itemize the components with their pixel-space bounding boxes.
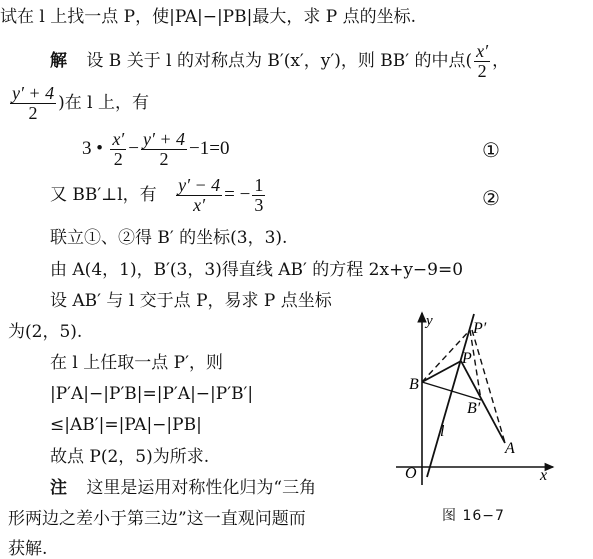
label-l: l [440, 423, 445, 440]
segment-PprimeA [472, 330, 505, 443]
label-A: A [504, 440, 515, 457]
label-P: P [461, 350, 472, 367]
figure-caption: 图 16−7 [442, 505, 505, 525]
segment-BBprime [422, 382, 481, 400]
label-origin: O [405, 465, 417, 482]
label-B: B [409, 376, 419, 393]
label-Pprime: P′ [472, 320, 487, 337]
label-Bprime: B′ [467, 400, 481, 417]
label-y: y [424, 313, 433, 329]
geometry-figure: y P′ P B B′ A l O x [0, 0, 593, 559]
label-x: x [539, 467, 547, 484]
